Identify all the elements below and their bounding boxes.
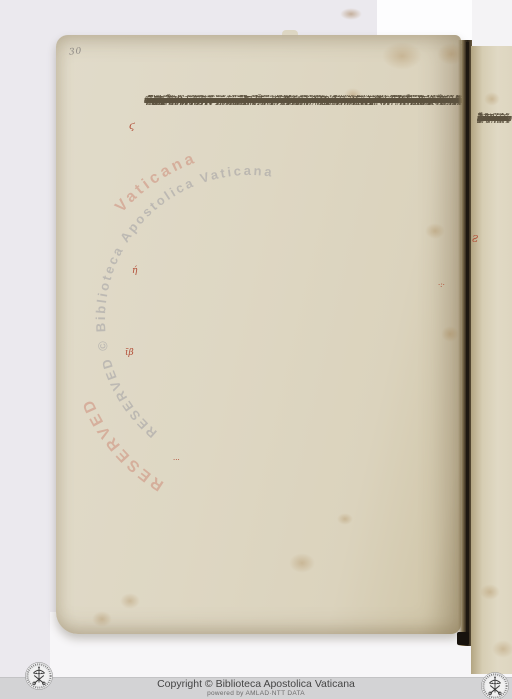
- book-gutter-shadow-line: [466, 42, 469, 644]
- book-gutter: [458, 40, 472, 646]
- manuscript-line-fragment: τῶν ἁγ: [477, 112, 511, 127]
- manuscript-scan-viewer: 30 πρῶτον ψυχῆς τίω, ὅτι τὰ κάλλη τοῖς ζ…: [0, 0, 512, 699]
- page-shading: [56, 35, 461, 634]
- manuscript-left-page[interactable]: 30 πρῶτον ψυχῆς τίω, ὅτι τὰ κάλλη τοῖς ζ…: [56, 35, 461, 634]
- stain: [337, 513, 353, 525]
- book-gutter-foot: [457, 632, 469, 645]
- vatican-seal-icon: [25, 662, 52, 689]
- stain: [382, 42, 422, 70]
- footer-powered-by-text: powered by AMLAD·NTT DATA: [0, 690, 512, 697]
- stain: [92, 611, 112, 627]
- stain: [441, 326, 459, 342]
- manuscript-line: κάλλος, καὶ λαντήγευσε τῶν· ἰδοὺ τὰ πολύ…: [148, 94, 505, 108]
- stain: [340, 8, 362, 20]
- footer-copyright-text: Copyright © Biblioteca Apostolica Vatica…: [0, 678, 512, 690]
- backdrop-sheet-top-far: [472, 0, 512, 47]
- manuscript-right-page-edge[interactable]: ὡς ὅτεμελέτηἐλεημποτὲ κῥαβδοΔιὰ τῶγονεῖς…: [471, 46, 512, 674]
- stain: [120, 593, 140, 609]
- vatican-seal-logo-right: [480, 671, 510, 699]
- stain: [492, 640, 512, 658]
- stain: [480, 584, 500, 600]
- stain: [425, 223, 445, 239]
- vatican-seal-logo-left: [24, 661, 54, 691]
- folio-number-pencil: 30: [69, 46, 83, 57]
- stain: [484, 92, 500, 106]
- stain: [289, 553, 315, 573]
- vatican-seal-icon: [481, 672, 508, 699]
